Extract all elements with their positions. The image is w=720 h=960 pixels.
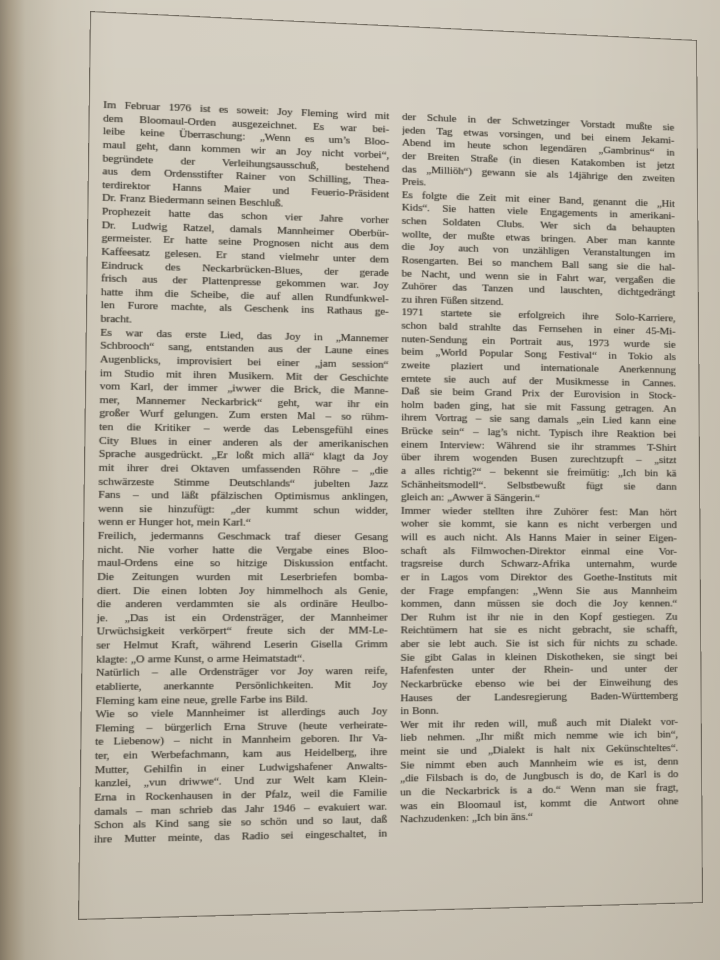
text-line: maul-Ordens eine so hitzige Diskussion e… [97,557,388,571]
text-line: Freilich, jedermanns Geschmack traf dies… [98,530,388,545]
text-line: tragsreise durch Schwarz-Afrika unternah… [401,558,677,572]
article-column-left: Im Februar 1976 ist es soweit: Joy Flemi… [94,99,389,847]
article-body: Im Februar 1976 ist es soweit: Joy Flemi… [79,11,679,847]
text-line: diert. Die einen lobten Joy himmelhoch a… [97,585,388,599]
text-line: wenn er Hunger hot, mein Karl.“ [98,516,388,531]
text-line: ser Helmut Kraft, während Leserin Gisell… [96,638,387,653]
text-line: schaft als Filmwochen-Direktor einmal ei… [401,545,677,559]
text-line: Urwüchsigkeit verkörpert“ freute sich de… [96,625,387,640]
text-line: er in Lagos vom Direktor des Goethe-Inst… [401,571,677,584]
text-line: will es auch nicht. Als Hanns Maier in s… [401,531,677,545]
text-line: je. „Das ist ein Ordensträger, der Mannh… [97,611,388,625]
article-column-right: der Schule in der Schwetzinger Vorstadt … [400,111,679,840]
text-line: Reichtümern hat sie es nicht gebracht, s… [401,624,678,638]
printed-page: Im Februar 1976 ist es soweit: Joy Flemi… [78,11,703,920]
text-line: Der Ruhm ist ihr nie in den Kopf gestieg… [401,611,678,625]
text-line: aber sie lebt auch. Sie ist sich für nic… [401,637,678,652]
text-line: Die Zeitungen wurden mit Leserbriefen bo… [97,571,388,585]
text-line: nicht. Nie vorher hatte die Vergabe eine… [97,544,387,558]
text-line: woher sie kommt, sie kann es nicht verbe… [401,518,677,533]
text-line: die anderen verdammten sie als ordinäre … [97,598,388,612]
text-line: etablierte, anerkannte Persönlichkeiten.… [96,679,388,695]
book-page-photo: { "photo": { "paper_color": "#d3cdc0", "… [0,0,720,960]
text-line: kommen, dann müssen sie doch die Joy ken… [401,598,678,612]
text-line: der Frage empfangen: „Wenn Sie aus Mannh… [401,585,678,598]
